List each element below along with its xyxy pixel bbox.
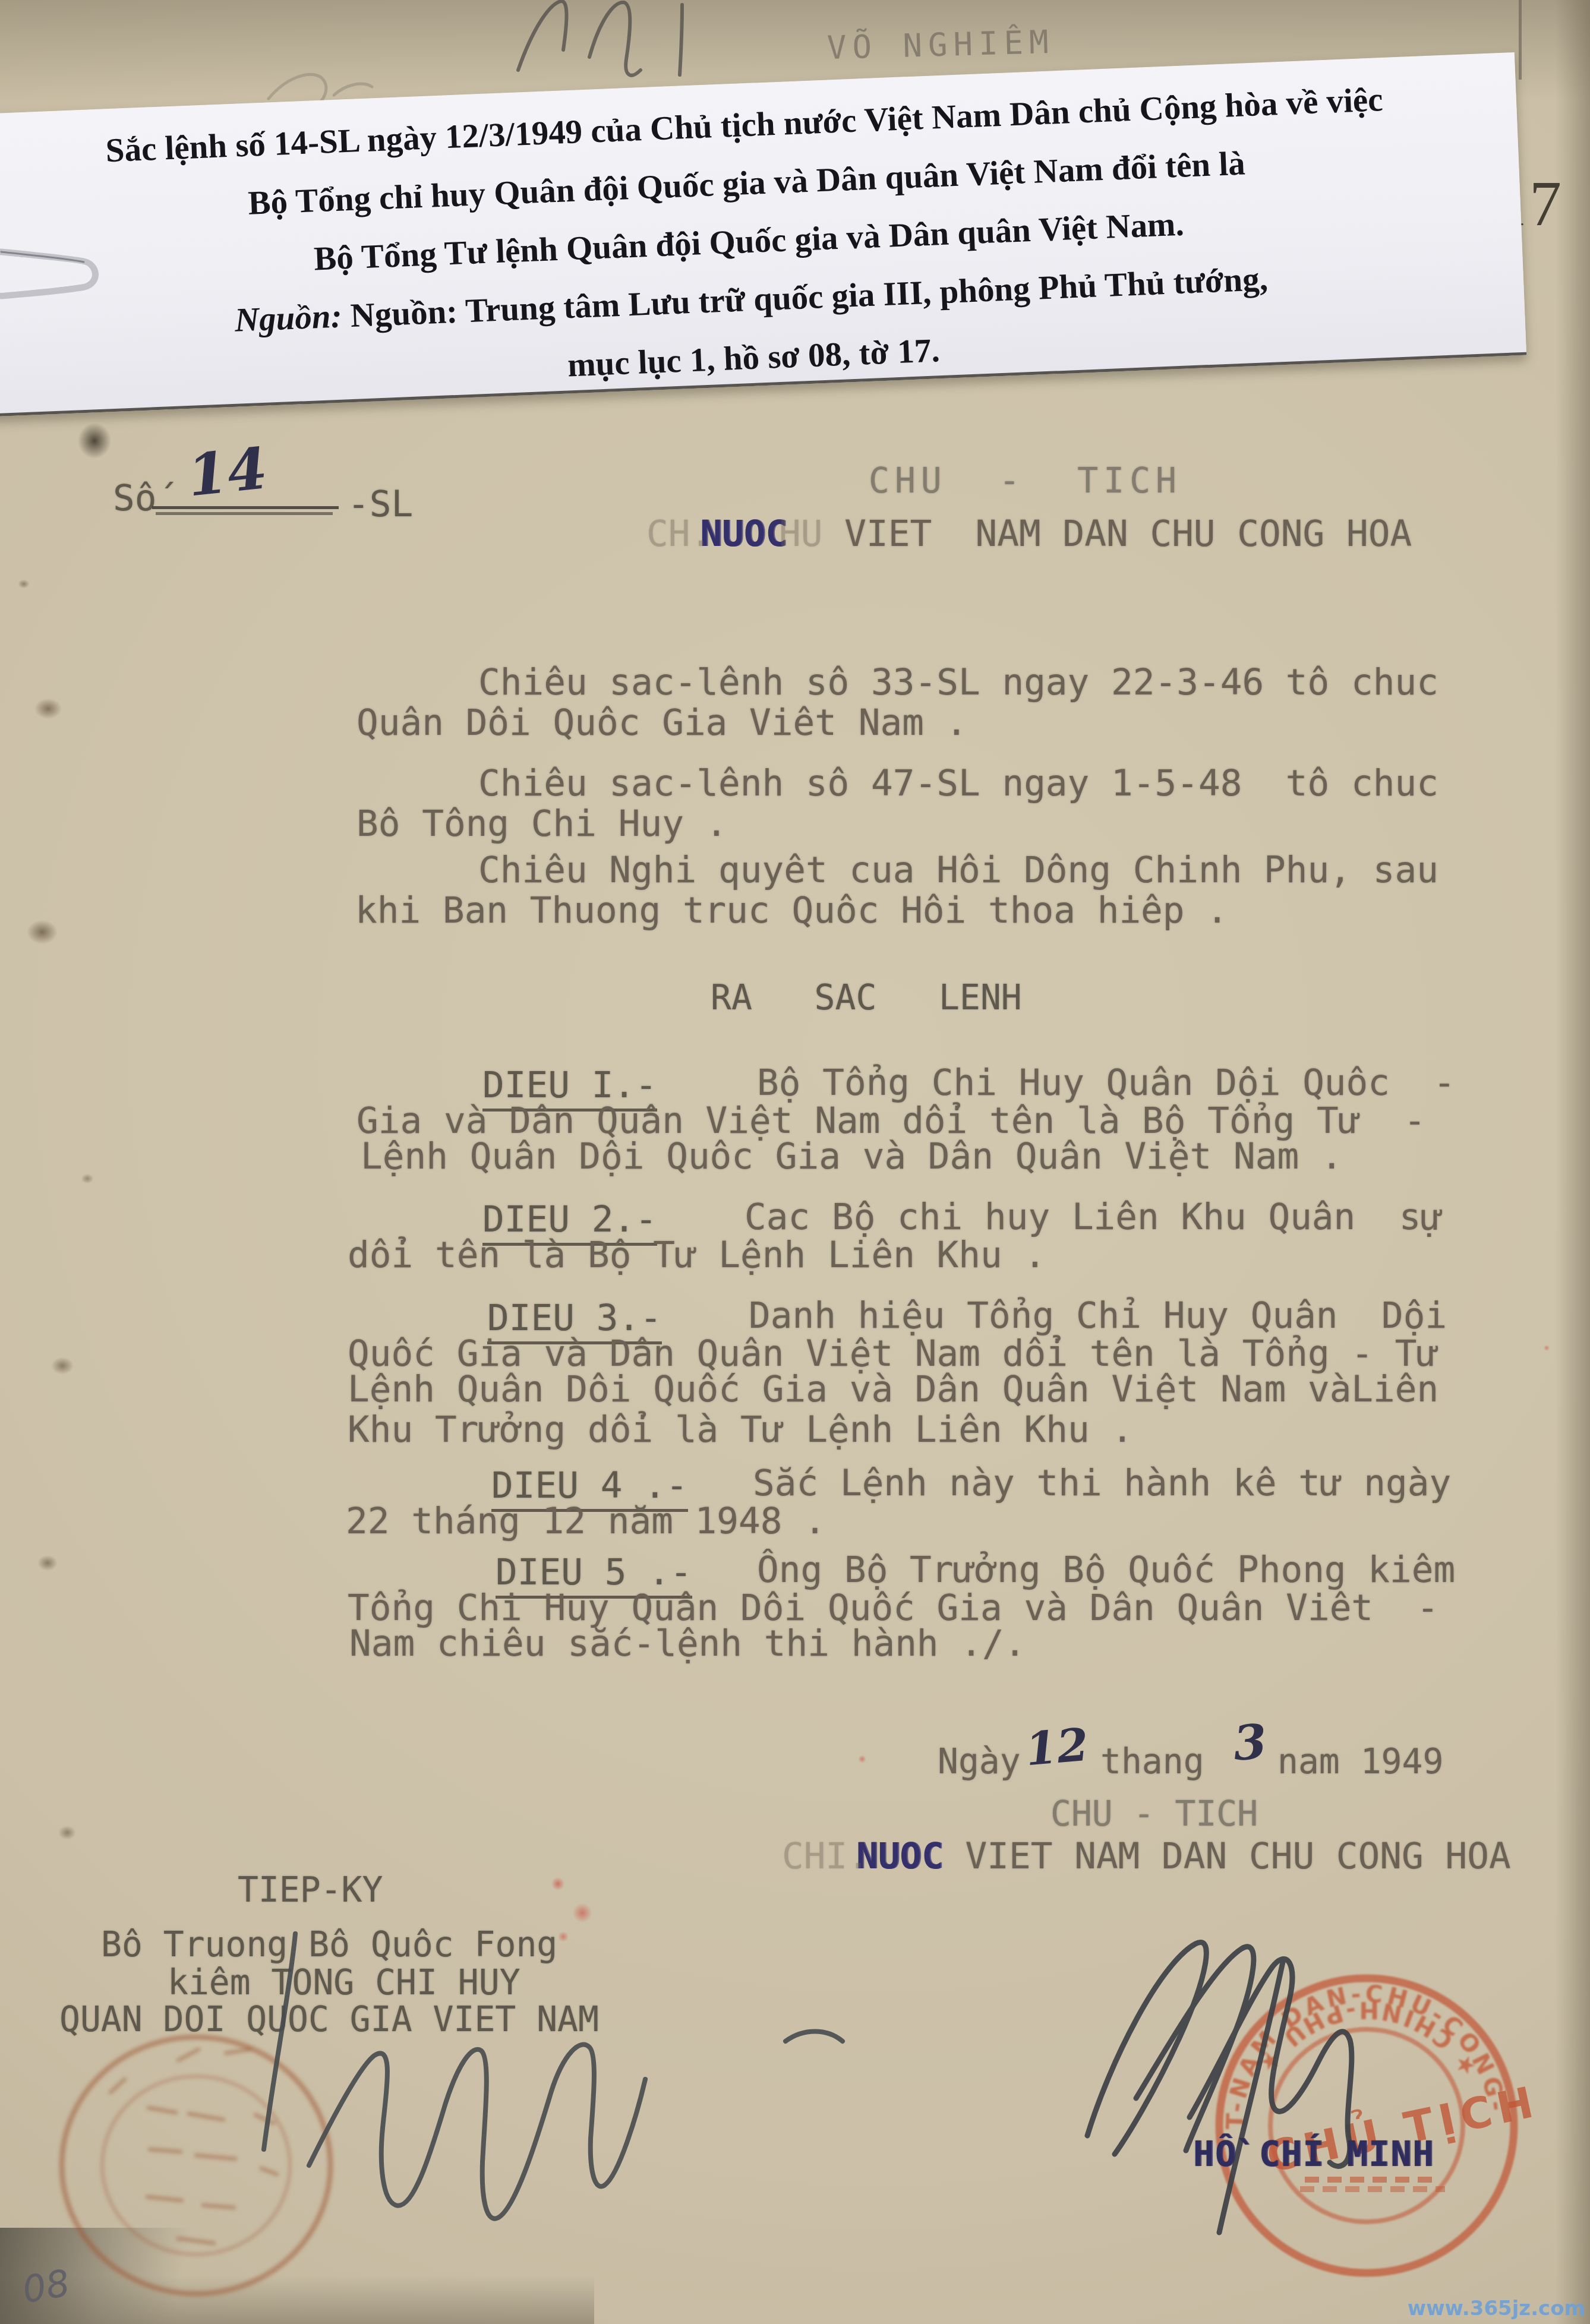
- countersign-heading: TIEP-KY: [238, 1871, 383, 1908]
- dateline-prefix: Ngày: [938, 1743, 1021, 1780]
- countersign-line: kiêm TONG CHI HUY: [168, 1964, 520, 2001]
- article-text: Lệnh Quân Dôi Quốc Gia và Dân Quân Việt …: [348, 1371, 1438, 1408]
- article-text: Gia và Dân Quân Việt Nam dổi tên là Bộ T…: [357, 1103, 1426, 1139]
- paper-right-edge: [1556, 0, 1590, 2324]
- paper-stain: [20, 915, 64, 949]
- nation-text: VIET NAM DAN CHU CONG HOA: [823, 513, 1412, 555]
- preamble-line: Chiêu Nghi quyêt cua Hôi Dông Chinh Phu,…: [478, 852, 1438, 889]
- red-ink-speck: [1542, 1344, 1551, 1352]
- article-text: Lệnh Quân Dội Quôc Gia và Dân Quân Việt …: [361, 1138, 1343, 1175]
- dateline-year: nam 1949: [1277, 1743, 1443, 1780]
- paper-stain: [46, 1353, 78, 1378]
- archival-description-label: Sắc lệnh số 14-SL ngày 12/3/1949 của Chủ…: [0, 52, 1526, 417]
- preamble-line: Chiêu sac-lênh sô 33-SL ngay 22-3-46 tô …: [478, 664, 1438, 701]
- label-source-prefix: Nguồn:: [234, 298, 343, 339]
- dateline-mid: thang: [1100, 1743, 1204, 1780]
- ghost-overstrike: CHI.: [782, 1835, 869, 1877]
- red-ink-speck: [549, 1875, 567, 1893]
- top-margin-typed-name: VÕ NGHIÊM: [826, 23, 1055, 67]
- seal-overprint-name: HỒ CHÍ MINH: [1193, 2134, 1434, 2174]
- scanned-decree-page: VÕ NGHIÊM 17 Số 14 -SL CHU - TICH CH.NUO…: [0, 0, 1590, 2324]
- article-text: Danh hiệu Tổng Chỉ Huy Quân Dội: [749, 1297, 1447, 1334]
- article-text: Bộ Tổng Chi Huy Quân Dội Quôc -: [757, 1065, 1455, 1101]
- letterhead-title: CHU - TICH: [869, 462, 1182, 499]
- article-text: Sắc Lệnh này thi hành kê tư ngày: [753, 1465, 1451, 1502]
- article-text: 22 tháng 12 năm 1948 .: [346, 1503, 826, 1540]
- website-watermark: www.365jz.com: [1408, 2297, 1585, 2320]
- dateline-month-handwritten: 3: [1232, 1713, 1269, 1772]
- article-text: Cac Bộ chi huy Liên Khu Quân sự: [744, 1199, 1443, 1236]
- paper-stain: [55, 1823, 80, 1843]
- countersign-line: Bô Truong Bô Quôc Fong: [101, 1926, 557, 1963]
- pencil-folio-number: 08: [19, 2261, 72, 2312]
- seal-ring-bottom-text: ★ CHINH-PHU ★: [1251, 1996, 1483, 2082]
- article-text: Tổng Chi Huy Quân Dôi Quốc Gia và Dân Qu…: [348, 1590, 1438, 1627]
- svg-text:★ CHINH-PHU ★: ★ CHINH-PHU ★: [1251, 1996, 1483, 2082]
- ghost-overstrike: CH.: [646, 513, 712, 555]
- article-text: Quốc Gia và Dân Quân Việt Nam dổi tên là…: [348, 1335, 1438, 1372]
- paper-stain: [33, 1552, 62, 1574]
- ghost-overstrike: HU: [779, 513, 822, 555]
- paper-stain: [78, 1172, 96, 1186]
- doc-number-prefix: Số: [113, 480, 156, 517]
- preamble-line: Quân Dôi Quôc Gia Viêt Nam .: [357, 705, 967, 741]
- underlying-sheet-edge: [1519, 0, 1522, 80]
- doc-number-handwritten: 14: [184, 434, 270, 509]
- article-text: Nam chiêu sắc-lệnh thi hành ./.: [349, 1625, 1026, 1662]
- closing-nation-line: CHI.NUOC VIET NAM DAN CHU CONG HOA: [782, 1838, 1511, 1875]
- ink-blot: [71, 416, 118, 466]
- article-text: Khu Trưởng dổi là Tư Lệnh Liên Khu .: [348, 1412, 1133, 1448]
- red-ink-speck: [569, 1900, 595, 1926]
- red-ink-speck: [556, 1930, 570, 1944]
- preamble-line: khi Ban Thuong truc Quôc Hôi thoa hiêp .: [355, 892, 1228, 929]
- decree-heading: RA SAC LENH: [711, 979, 1022, 1016]
- doc-number-suffix: -SL: [348, 486, 413, 523]
- article-text: Ông Bộ Trưởng Bộ Quốc Phong kiêm: [757, 1552, 1455, 1589]
- blue-overstamp: NUOC: [700, 513, 787, 555]
- article-text: dổi tên là Bộ Tư Lệnh Liên Khu .: [348, 1237, 1046, 1274]
- paper-stain: [29, 694, 68, 724]
- dateline-day-handwritten: 12: [1023, 1718, 1090, 1776]
- preamble-line: Bô Tông Chi Huy .: [357, 806, 727, 842]
- nation-text: VIET NAM DAN CHU CONG HOA: [944, 1835, 1511, 1877]
- countersign-line: QUAN DOI QUOC GIA VIET NAM: [59, 2001, 599, 2038]
- closing-title: CHU - TICH: [1050, 1795, 1258, 1832]
- paper-stain: [15, 577, 32, 591]
- letterhead-nation-line: CH.NUOCHU VIET NAM DAN CHU CONG HOA: [646, 516, 1412, 552]
- preamble-line: Chiêu sac-lênh sô 47-SL ngay 1-5-48 tô c…: [478, 765, 1438, 802]
- red-ink-speck: [857, 1754, 867, 1764]
